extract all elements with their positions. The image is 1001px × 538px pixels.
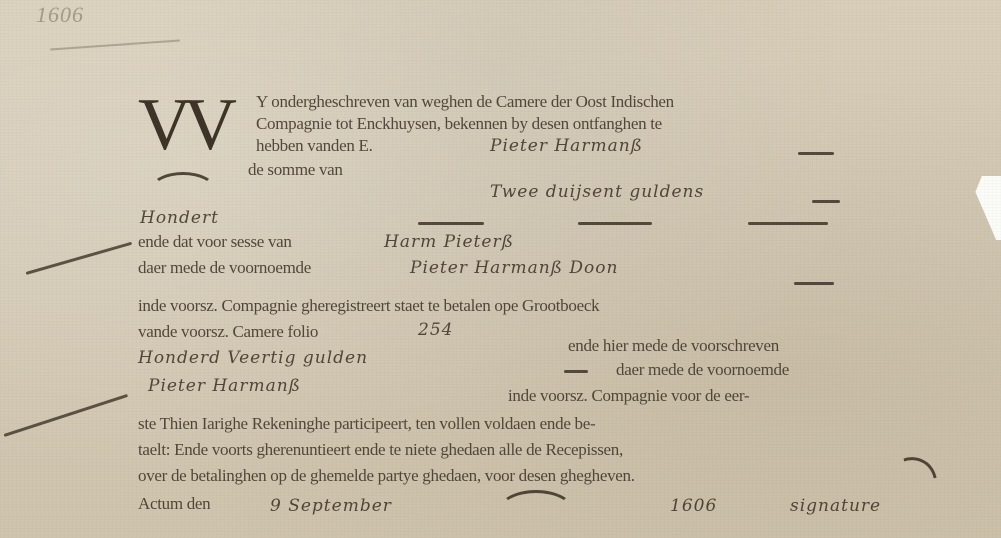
handwritten-name: Harm Pieterß bbox=[384, 232, 514, 252]
printed-line: ste Thien Iarighe Rekeninghe participeer… bbox=[138, 414, 595, 434]
handwritten-year: 1606 bbox=[670, 496, 717, 516]
handwritten-name: Pieter Harmanß Doon bbox=[410, 258, 618, 278]
printed-line: hebben vanden E. bbox=[256, 136, 373, 156]
archive-pencil-mark: 1606 bbox=[36, 2, 84, 28]
printed-line: daer mede de voornoemde bbox=[616, 360, 789, 380]
printed-line: Actum den bbox=[138, 494, 210, 514]
ink-rule bbox=[748, 222, 828, 225]
handwritten-folio: 254 bbox=[418, 320, 453, 340]
handwritten-amount: Twee duijsent guldens bbox=[490, 182, 704, 202]
decorative-initial: VV bbox=[138, 88, 229, 162]
printed-line: Compagnie tot Enckhuysen, bekennen by de… bbox=[256, 114, 662, 134]
printed-line: de somme van bbox=[248, 160, 343, 180]
ink-rule bbox=[578, 222, 652, 225]
ink-dash bbox=[798, 152, 834, 155]
signature-flourish bbox=[867, 446, 948, 531]
ink-dash bbox=[564, 370, 588, 373]
printed-line: taelt: Ende voorts gherenuntieert ende t… bbox=[138, 440, 623, 460]
torn-paper-edge bbox=[969, 176, 1001, 240]
printed-line: inde voorsz. Compagnie gheregistreert st… bbox=[138, 296, 599, 316]
printed-line: Y ondergheschreven van weghen de Camere … bbox=[256, 92, 674, 112]
handwritten-signature: signature bbox=[790, 496, 881, 516]
archive-mark-underline bbox=[50, 39, 180, 50]
handwritten-amount: Honderd Veertig gulden bbox=[138, 348, 368, 368]
ink-flourish bbox=[150, 172, 216, 208]
printed-line: over de betalinghen op de ghemelde party… bbox=[138, 466, 635, 486]
document-page: 1606 VV Y ondergheschreven van weghen de… bbox=[0, 0, 1001, 538]
printed-line: vande voorsz. Camere folio bbox=[138, 322, 318, 342]
ink-dash bbox=[794, 282, 834, 285]
ink-dash bbox=[812, 200, 840, 203]
ink-flourish bbox=[498, 490, 574, 532]
printed-line: daer mede de voornoemde bbox=[138, 258, 311, 278]
margin-pen-stroke bbox=[26, 242, 133, 275]
handwritten-date: 9 September bbox=[270, 496, 392, 516]
margin-pen-stroke bbox=[4, 394, 129, 437]
handwritten-name: Pieter Harmanß bbox=[490, 136, 643, 156]
ink-rule bbox=[418, 222, 484, 225]
handwritten-text: Hondert bbox=[140, 208, 219, 228]
printed-line: inde voorsz. Compagnie voor de eer- bbox=[508, 386, 749, 406]
printed-line: ende hier mede de voorschreven bbox=[568, 336, 779, 356]
printed-line: ende dat voor sesse van bbox=[138, 232, 292, 252]
handwritten-name: Pieter Harmanß bbox=[148, 376, 301, 396]
